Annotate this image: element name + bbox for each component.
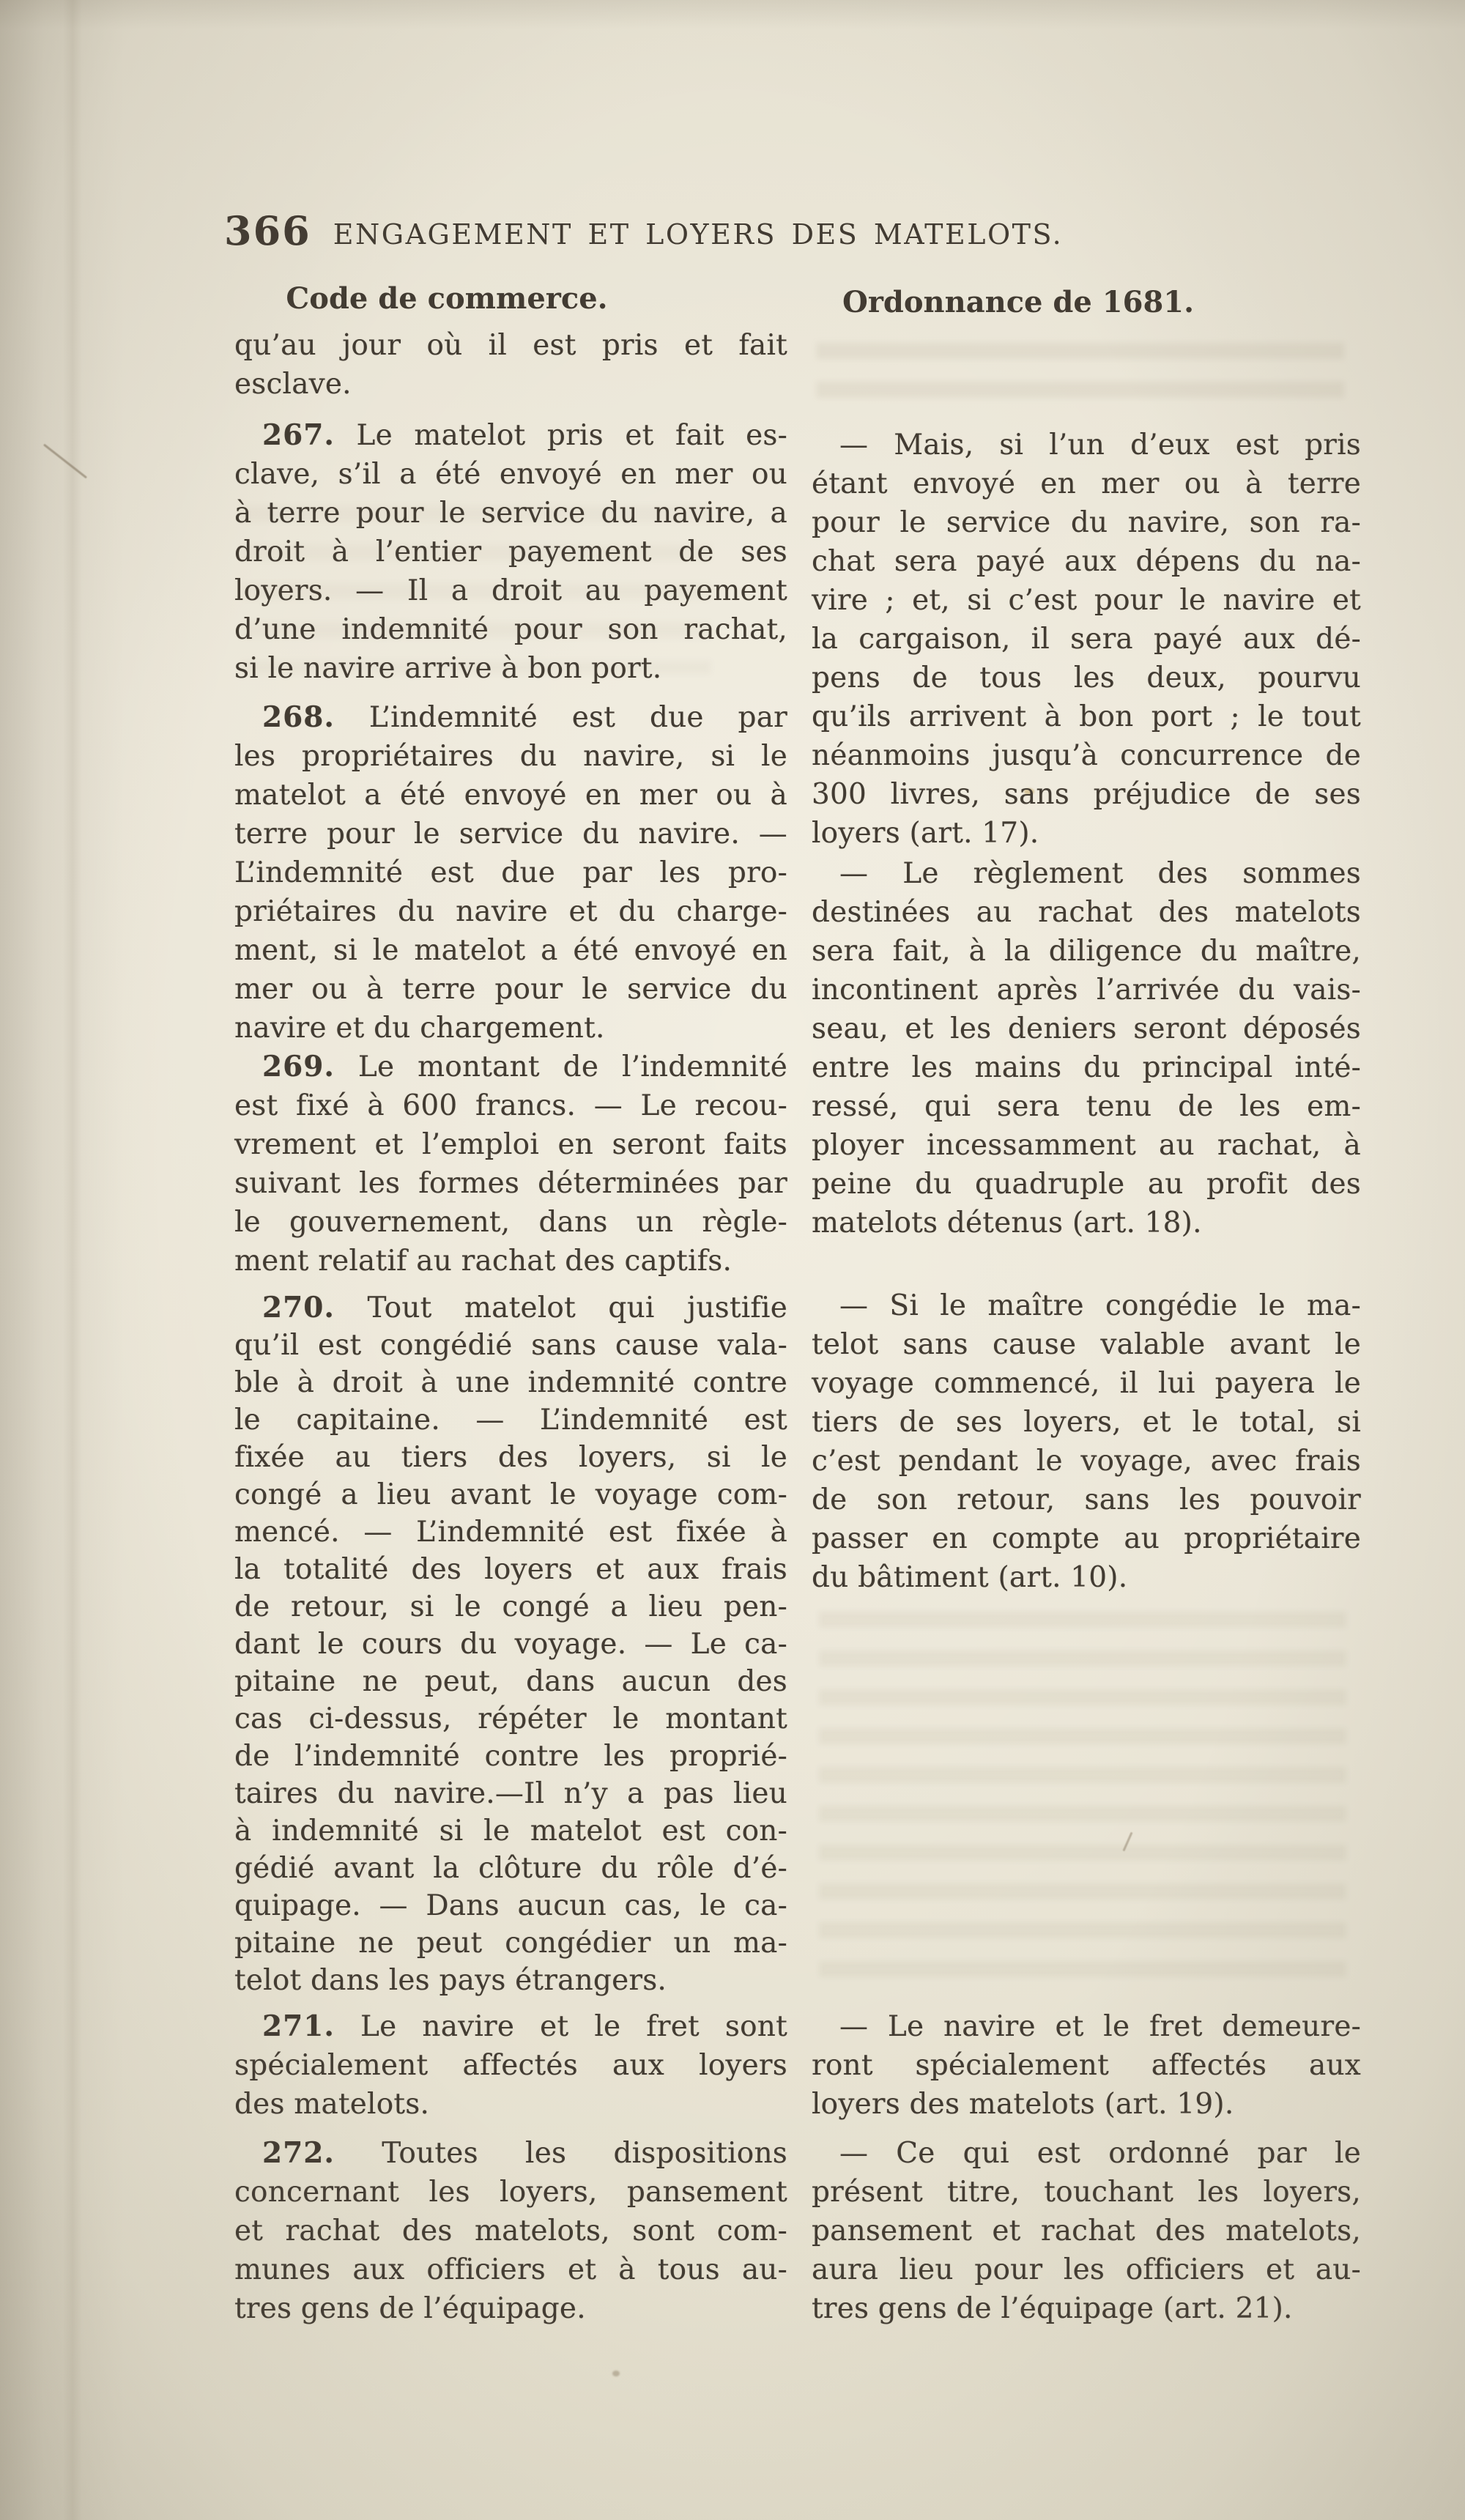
text-line: la cargaison, il sera payé aux dé- (812, 620, 1361, 659)
ordonnance-art-10: — Si le maître congédie le ma-telot sans… (812, 1286, 1361, 1597)
text-line: peine du quadruple au profit des (812, 1165, 1361, 1204)
text-line: loyers (art. 17). (812, 814, 1361, 853)
text-line: à indemnité si le matelot est con- (234, 1812, 787, 1850)
text-line: est fixé à 600 francs. — Le recou- (234, 1086, 787, 1125)
text-line: si le navire arrive à bon port. (234, 649, 787, 688)
paragraph-continuation: qu’au jour où il est pris et faitesclave… (234, 326, 787, 404)
text-line: concernant les loyers, pansement (234, 2173, 787, 2212)
text-line: ront spécialement affectés aux (812, 2046, 1361, 2085)
text-line: les propriétaires du navire, si le (234, 737, 787, 776)
text-line: destinées au rachat des matelots (812, 893, 1361, 932)
text-line: ressé, qui sera tenu de les em- (812, 1087, 1361, 1126)
text-line: des matelots. (234, 2085, 787, 2124)
right-column: — Mais, si l’un d’eux est prisétant envo… (812, 0, 1361, 2520)
article-270: 270. Tout matelot qui justifiequ’il est … (234, 1289, 787, 1999)
text-line: 272. Toutes les dispositions (234, 2134, 787, 2173)
text-line: qu’ils arrivent à bon port ; le tout (812, 697, 1361, 736)
text-line: 270. Tout matelot qui justifie (234, 1289, 787, 1327)
text-line: la totalité des loyers et aux frais (234, 1551, 787, 1588)
text-line: le capitaine. — L’indemnité est (234, 1401, 787, 1439)
text-line: qu’il est congédié sans cause vala- (234, 1327, 787, 1364)
text-line: loyers des matelots (art. 19). (812, 2085, 1361, 2124)
text-line: tres gens de l’équipage. (234, 2289, 787, 2328)
text-line: taires du navire.—Il n’y a pas lieu (234, 1775, 787, 1812)
text-line: passer en compte au propriétaire (812, 1519, 1361, 1558)
text-line: à terre pour le service du navire, a (234, 494, 787, 533)
text-line: de son retour, sans les pouvoir (812, 1480, 1361, 1519)
text-line: telot dans les pays étrangers. (234, 1962, 787, 1999)
text-line: gédié avant la clôture du rôle d’é- (234, 1850, 787, 1887)
text-line: ployer incessamment au rachat, à (812, 1126, 1361, 1165)
text-line: telot sans cause valable avant le (812, 1325, 1361, 1364)
text-line: matelot a été envoyé en mer ou à (234, 776, 787, 815)
text-line: le gouvernement, dans un règle- (234, 1203, 787, 1242)
text-line: suivant les formes déterminées par (234, 1164, 787, 1203)
text-line: mencé. — L’indemnité est fixée à (234, 1513, 787, 1551)
article-271: 271. Le navire et le fret sontspécialeme… (234, 2007, 787, 2124)
text-line: aura lieu pour les officiers et au- (812, 2250, 1361, 2289)
text-line: voyage commencé, il lui payera le (812, 1364, 1361, 1403)
text-line: navire et du chargement. (234, 1009, 787, 1048)
text-line: 271. Le navire et le fret sont (234, 2007, 787, 2046)
article-272: 272. Toutes les dispositionsconcernant l… (234, 2134, 787, 2328)
text-line: ment relatif au rachat des captifs. (234, 1242, 787, 1281)
text-line: pens de tous les deux, pourvu (812, 659, 1361, 697)
text-line: ment, si le matelot a été envoyé en (234, 931, 787, 970)
text-line: matelots détenus (art. 18). (812, 1204, 1361, 1242)
text-line: présent titre, touchant les loyers, (812, 2173, 1361, 2212)
text-line: mer ou à terre pour le service du (234, 970, 787, 1009)
scanned-book-page: 366 ENGAGEMENT ET LOYERS DES MATELOTS. C… (0, 0, 1465, 2520)
text-line: entre les mains du principal inté- (812, 1048, 1361, 1087)
text-line: 268. L’indemnité est due par (234, 698, 787, 737)
text-line: munes aux officiers et à tous au- (234, 2250, 787, 2289)
text-line: 300 livres, sans préjudice de ses (812, 775, 1361, 814)
text-line: et rachat des matelots, sont com- (234, 2212, 787, 2250)
article-268: 268. L’indemnité est due parles propriét… (234, 698, 787, 1048)
text-line: congé a lieu avant le voyage com- (234, 1476, 787, 1513)
text-line: fixée au tiers des loyers, si le (234, 1439, 787, 1476)
text-line: de l’indemnité contre les proprié- (234, 1738, 787, 1775)
text-line: seau, et les deniers seront déposés (812, 1009, 1361, 1048)
text-line: priétaires du navire et du charge- (234, 892, 787, 931)
text-line: loyers. — Il a droit au payement (234, 571, 787, 610)
ordonnance-art-19: — Le navire et le fret demeure-ront spéc… (812, 2007, 1361, 2124)
text-line: 267. Le matelot pris et fait es- (234, 416, 787, 455)
text-line: pansement et rachat des matelots, (812, 2212, 1361, 2250)
ordonnance-art-18: — Le règlement des sommesdestinées au ra… (812, 854, 1361, 1242)
text-line: incontinent après l’arrivée du vais- (812, 971, 1361, 1009)
text-line: étant envoyé en mer ou à terre (812, 464, 1361, 503)
text-line: néanmoins jusqu’à concurrence de (812, 736, 1361, 775)
text-line: — Si le maître congédie le ma- (812, 1286, 1361, 1325)
text-line: dant le cours du voyage. — Le ca- (234, 1626, 787, 1663)
text-line: droit à l’entier payement de ses (234, 533, 787, 571)
text-line: vrement et l’emploi en seront faits (234, 1125, 787, 1164)
text-line: L’indemnité est due par les pro- (234, 853, 787, 892)
text-line: ble à droit à une indemnité contre (234, 1364, 787, 1401)
text-line: — Mais, si l’un d’eux est pris (812, 426, 1361, 464)
text-line: clave, s’il a été envoyé en mer ou (234, 455, 787, 494)
text-line: — Le navire et le fret demeure- (812, 2007, 1361, 2046)
ordonnance-art-21: — Ce qui est ordonné par leprésent titre… (812, 2134, 1361, 2328)
text-line: de retour, si le congé a lieu pen- (234, 1588, 787, 1626)
page-edge-shadow (0, 0, 125, 2520)
text-line: pour le service du navire, son ra- (812, 503, 1361, 542)
paper-crease (63, 0, 82, 2520)
text-line: pitaine ne peut, dans aucun des (234, 1663, 787, 1700)
text-line: chat sera payé aux dépens du na- (812, 542, 1361, 581)
scratch-mark (43, 444, 87, 479)
article-269: 269. Le montant de l’indemnitéest fixé à… (234, 1048, 787, 1281)
text-line: du bâtiment (art. 10). (812, 1558, 1361, 1597)
text-line: vire ; et, si c’est pour le navire et (812, 581, 1361, 620)
text-line: tiers de ses loyers, et le total, si (812, 1403, 1361, 1442)
text-line: — Ce qui est ordonné par le (812, 2134, 1361, 2173)
text-line: cas ci-dessus, répéter le montant (234, 1700, 787, 1738)
text-line: — Le règlement des sommes (812, 854, 1361, 893)
left-column: qu’au jour où il est pris et faitesclave… (234, 0, 787, 2520)
text-line: tres gens de l’équipage (art. 21). (812, 2289, 1361, 2328)
text-line: 269. Le montant de l’indemnité (234, 1048, 787, 1086)
ordonnance-art-17: — Mais, si l’un d’eux est prisétant envo… (812, 426, 1361, 853)
text-line: d’une indemnité pour son rachat, (234, 610, 787, 649)
text-line: c’est pendant le voyage, avec frais (812, 1442, 1361, 1480)
text-line: qu’au jour où il est pris et fait (234, 326, 787, 365)
text-line: pitaine ne peut congédier un ma- (234, 1924, 787, 1962)
text-line: terre pour le service du navire. — (234, 815, 787, 853)
article-267: 267. Le matelot pris et fait es-clave, s… (234, 416, 787, 688)
text-line: esclave. (234, 365, 787, 404)
text-line: sera fait, à la diligence du maître, (812, 932, 1361, 971)
text-line: quipage. — Dans aucun cas, le ca- (234, 1887, 787, 1924)
text-line: spécialement affectés aux loyers (234, 2046, 787, 2085)
